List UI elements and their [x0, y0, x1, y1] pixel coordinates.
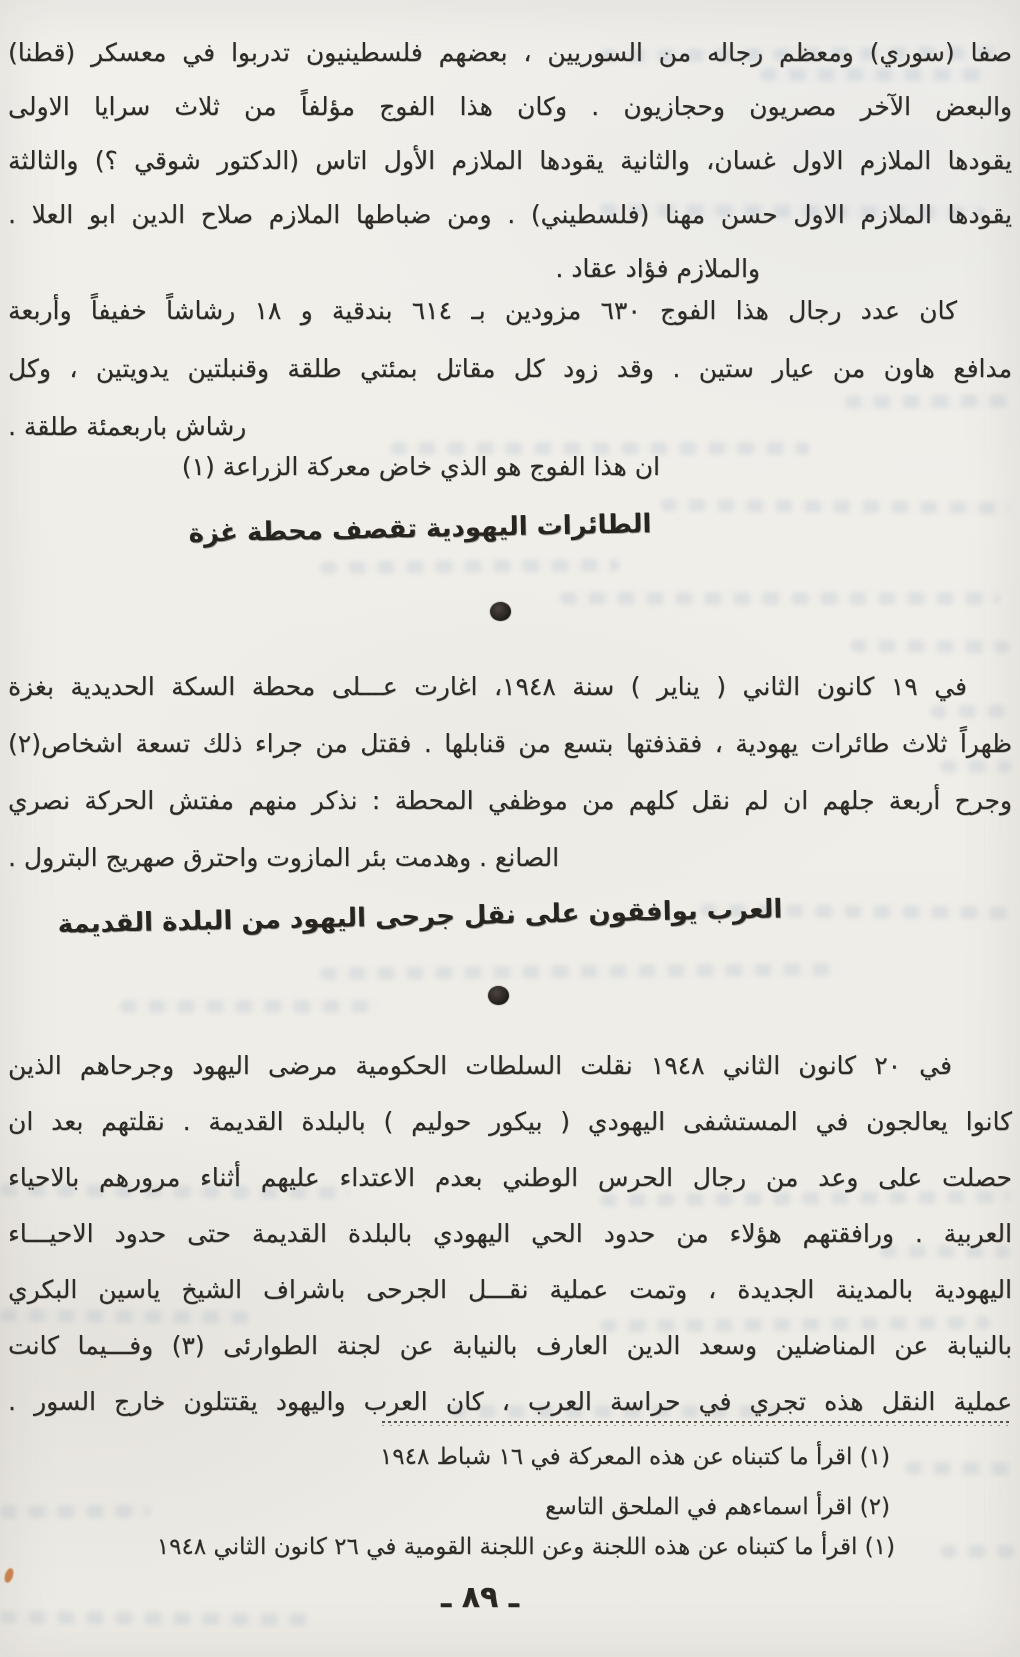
text-line: يقودها الملازم الاول غسان، والثانية يقود…	[8, 134, 1012, 188]
text-line: ظهراً ثلاث طائرات يهودية ، فقذفتها بتسع …	[8, 715, 1012, 772]
text-line: مدافع هاون من عيار ستين . وقد زود كل مقا…	[8, 340, 1012, 398]
text-line: حصلت على وعد من رجال الحرس الوطني بعدم ا…	[8, 1150, 1012, 1206]
paragraph-battalion-armament: كان عدد رجال هذا الفوج ٦٣٠ مزودين بـ ٦١٤…	[8, 282, 1012, 456]
bleed-through-ghost	[120, 1000, 380, 1013]
footnote-2: (٢) اقرأ اسماءهم في الملحق التاسع	[8, 1486, 890, 1528]
text-line: كان عدد رجال هذا الفوج ٦٣٠ مزودين بـ ٦١٤…	[8, 282, 1012, 340]
text-line: في ٢٠ كانون الثاني ١٩٤٨ نقلت السلطات الح…	[8, 1038, 1012, 1094]
text-line: في ١٩ كانون الثاني ( يناير ) سنة ١٩٤٨، ا…	[8, 658, 1012, 715]
text-line: صفا (سوري) ومعظم رجاله من السوريين ، بعض…	[8, 26, 1012, 80]
page-number: ـ ٨٩ ـ	[0, 1580, 960, 1615]
battle-note-line: ان هذا الفوج هو الذي خاض معركة الزراعة (…	[8, 447, 1012, 487]
text-line: بالنيابة عن المناضلين وسعد الدين العارف …	[8, 1318, 1012, 1374]
bleed-through-ghost	[320, 963, 840, 981]
bleed-through-ghost	[850, 639, 1010, 653]
paragraph-air-raid-gaza: في ١٩ كانون الثاني ( يناير ) سنة ١٩٤٨، ا…	[8, 658, 1012, 886]
heading-jewish-planes-bomb-gaza-station: الطائرات اليهودية تقصف محطة غزة	[0, 503, 922, 554]
scanned-book-page: صفا (سوري) ومعظم رجاله من السوريين ، بعض…	[0, 0, 1020, 1657]
section-divider-bullet	[488, 986, 509, 1005]
text-line: كانوا يعالجون في المستشفى اليهودي ( بيكو…	[8, 1094, 1012, 1150]
text-line: العربية . ورافقتهم هؤلاء من حدود الحي ال…	[8, 1206, 1012, 1262]
footnote-separator	[382, 1421, 1012, 1426]
bleed-through-ghost	[560, 592, 1000, 605]
text-line: وجرح أربعة جلهم ان لم نقل كلهم من موظفي …	[8, 772, 1012, 829]
bleed-through-ghost	[940, 1545, 1015, 1558]
bleed-through-ghost	[320, 559, 620, 575]
text-line: الصانع . وهدمت بئر المازوت واحترق صهريج …	[8, 829, 1012, 886]
section-divider-bullet	[490, 602, 511, 621]
footnote-3: (١) اقرأ ما كتبناه عن هذه اللجنة وعن الل…	[8, 1526, 895, 1568]
text-line: اليهودية بالمدينة الجديدة ، وتمت عملية ن…	[8, 1262, 1012, 1318]
bleed-through-ghost	[905, 1462, 1015, 1476]
text-line: يقودها الملازم الاول حسن مهنا (فلسطيني) …	[8, 188, 1012, 242]
paragraph-battalion-composition: صفا (سوري) ومعظم رجاله من السوريين ، بعض…	[8, 26, 1012, 296]
footnote-1: (١) اقرأ ما كتبناه عن هذه المعركة في ١٦ …	[8, 1436, 890, 1478]
heading-arabs-approve-wounded-transfer: العرب يوافقون على نقل جرحى اليهود من الب…	[0, 891, 922, 942]
paragraph-transfer-of-wounded: في ٢٠ كانون الثاني ١٩٤٨ نقلت السلطات الح…	[8, 1038, 1012, 1430]
text-line: والبعض الآخر مصريون وحجازيون . وكان هذا …	[8, 80, 1012, 134]
